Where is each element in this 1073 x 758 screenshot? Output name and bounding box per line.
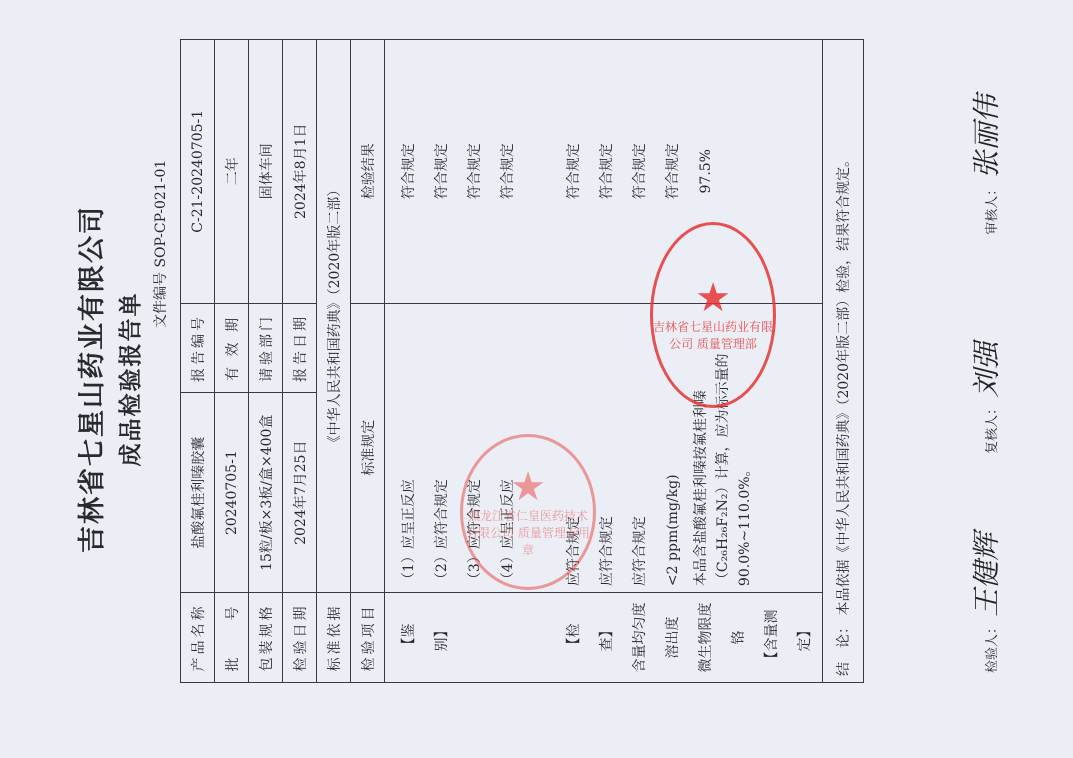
report-date-label: 报告日期 [283, 303, 317, 393]
validity-label: 有 效 期 [215, 303, 249, 393]
signature-row: 检验人： 王健辉 复核人： 刘强 审核人： 张丽伟 [965, 33, 1005, 673]
approver-signature: 张丽伟 [965, 95, 1005, 179]
package-label: 包装规格 [249, 593, 283, 683]
batch-label: 批 号 [215, 593, 249, 683]
conclusion: 结 论： 本品依据《中华人民共和国药典》（2020年版二部）检验，结果符合规定。 [823, 40, 864, 683]
approver: 审核人： 张丽伟 [965, 35, 1005, 235]
col-result: 检验结果 [351, 40, 385, 304]
test-date: 2024年7月25日 [283, 393, 317, 593]
standard-label: 标准依据 [317, 593, 351, 683]
report-page: 吉林省七星山药业有限公司 成品检验报告单 文件编号 SOP-CP-021-01 … [0, 0, 1073, 758]
dept-label: 请验部门 [249, 303, 283, 393]
report-no-label: 报告编号 [181, 303, 215, 393]
validity: 二年 [215, 40, 249, 304]
lower-stamp: ★ 吉林省七星山药业有限公司 质量管理部 [650, 222, 776, 408]
standard: 《中华人民共和国药典》（2020年版二部） [317, 40, 351, 593]
report-date: 2024年8月1日 [283, 40, 317, 304]
reviewer-signature: 刘强 [965, 342, 1005, 398]
star-icon: ★ [510, 467, 546, 507]
dept: 固体车间 [249, 40, 283, 304]
row-conclusion: 结 论： 本品依据《中华人民共和国药典》（2020年版二部）检验，结果符合规定。 [823, 40, 864, 683]
items-column: 【鉴 别】 【检 查】 含量均匀度 溶出度 微生物限度 铬 【含量测定】 [385, 593, 823, 683]
row-standard: 标准依据 《中华人民共和国药典》（2020年版二部） [317, 40, 351, 683]
row-product: 产品名称 盐酸氟桂利嗪胶囊 报告编号 C-21-20240705-1 [181, 40, 215, 683]
reviewer: 复核人： 刘强 [965, 239, 1005, 454]
inspector-signature: 王健辉 [965, 533, 1005, 617]
inspector: 检验人： 王健辉 [965, 458, 1005, 673]
star-icon: ★ [695, 278, 731, 318]
package: 15粒/板×3板/盒×400盒 [249, 393, 283, 593]
batch: 20240705-1 [215, 393, 249, 593]
company-name: 吉林省七星山药业有限公司 [70, 0, 109, 758]
product-name-label: 产品名称 [181, 593, 215, 683]
product-name: 盐酸氟桂利嗪胶囊 [181, 393, 215, 593]
upper-stamp: ★ 黑龙江省仁皇医药技术有限公司 质量管理专用章 [460, 434, 596, 590]
row-batch: 批 号 20240705-1 有 效 期 二年 [215, 40, 249, 683]
doc-number: 文件编号 SOP-CP-021-01 [150, 160, 170, 328]
row-package: 包装规格 15粒/板×3板/盒×400盒 请验部门 固体车间 [249, 40, 283, 683]
test-date-label: 检验日期 [283, 593, 317, 683]
row-columns: 检验项目 标准规定 检验结果 [351, 40, 385, 683]
row-dates: 检验日期 2024年7月25日 报告日期 2024年8月1日 [283, 40, 317, 683]
col-spec: 标准规定 [351, 303, 385, 593]
report-title: 成品检验报告单 [112, 0, 145, 758]
report-no: C-21-20240705-1 [181, 40, 215, 304]
col-item: 检验项目 [351, 593, 385, 683]
